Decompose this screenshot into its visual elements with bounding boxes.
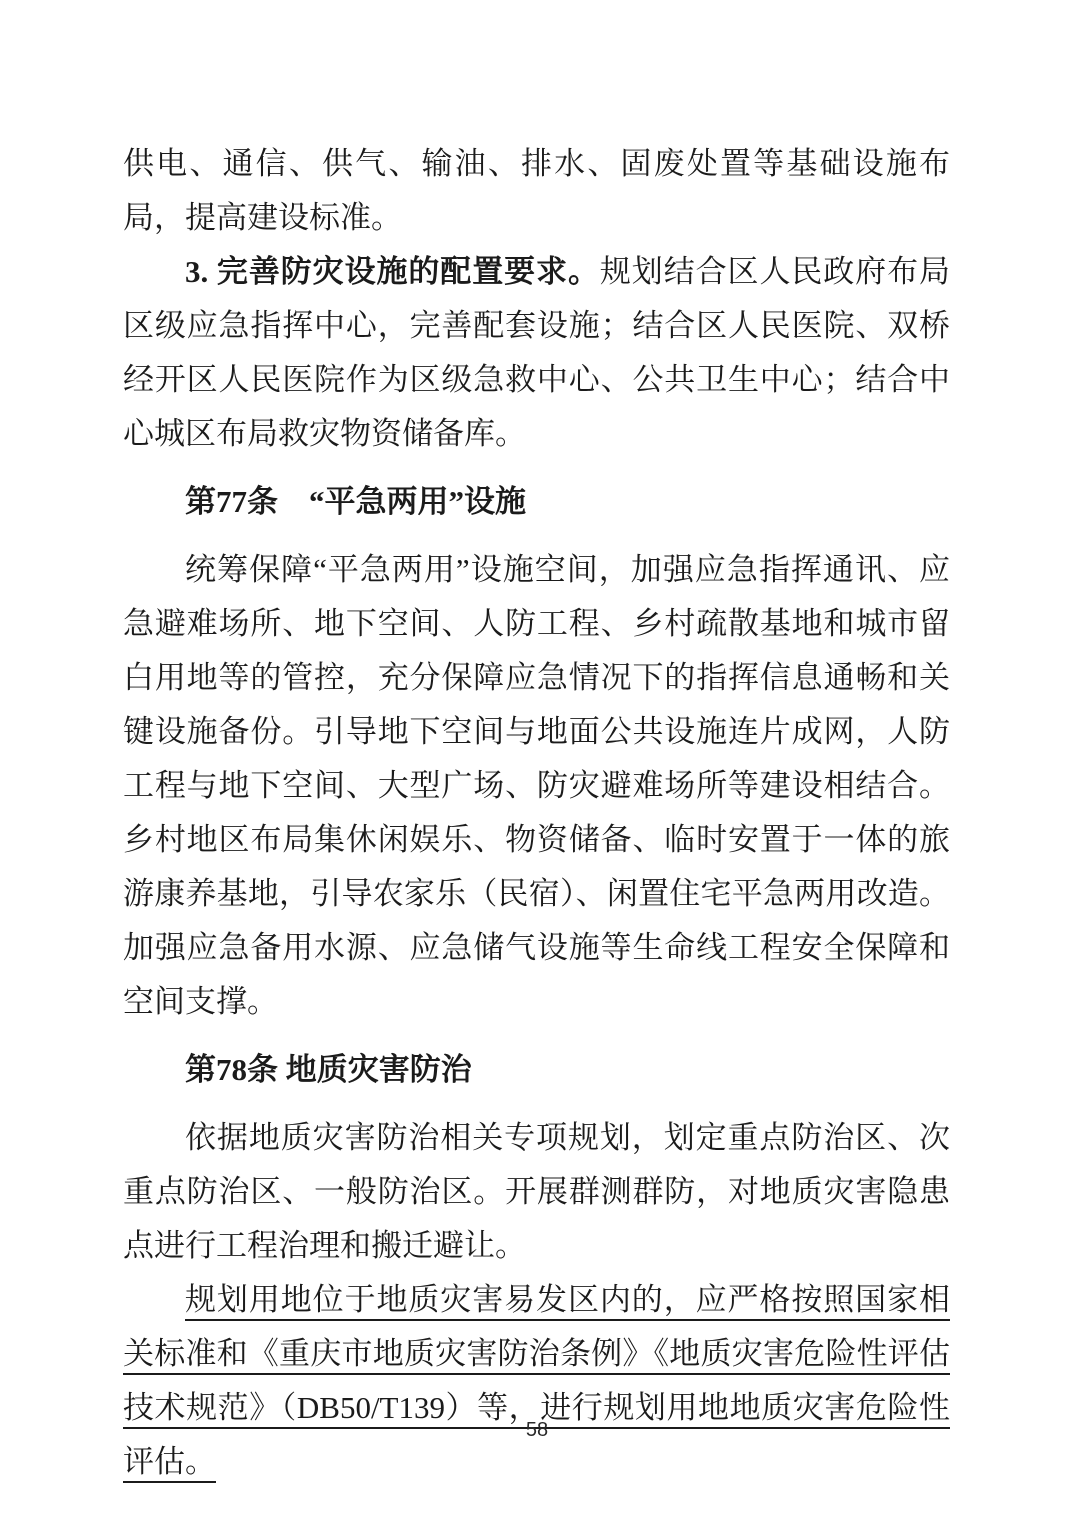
article-77-heading: 第77条 “平急两用”设施 [123,475,950,529]
paragraph-item3: 3. 完善防灾设施的配置要求。规划结合区人民政府布局区级应急指挥中心，完善配套设… [123,245,950,461]
article-78-heading: 第78条 地质灾害防治 [123,1043,950,1097]
document-page: 供电、通信、供气、输油、排水、固废处置等基础设施布局，提高建设标准。 3. 完善… [0,0,1074,1520]
article-78-underlined-paragraph: 规划用地位于地质灾害易发区内的，应严格按照国家相关标准和《重庆市地质灾害防治条例… [123,1273,950,1489]
document-content: 供电、通信、供气、输油、排水、固废处置等基础设施布局，提高建设标准。 3. 完善… [123,137,950,1489]
article-78-underlined-text: 规划用地位于地质灾害易发区内的，应严格按照国家相关标准和《重庆市地质灾害防治条例… [123,1282,950,1479]
article-78-body: 依据地质灾害防治相关专项规划，划定重点防治区、次重点防治区、一般防治区。开展群测… [123,1111,950,1273]
page-footer: 58 [0,1418,1074,1442]
paragraph-continuation: 供电、通信、供气、输油、排水、固废处置等基础设施布局，提高建设标准。 [123,137,950,245]
paragraph-item3-lead: 3. 完善防灾设施的配置要求。 [185,254,600,289]
article-77-body: 统筹保障“平急两用”设施空间，加强应急指挥通讯、应急避难场所、地下空间、人防工程… [123,543,950,1029]
page-number: 58 [526,1419,548,1441]
